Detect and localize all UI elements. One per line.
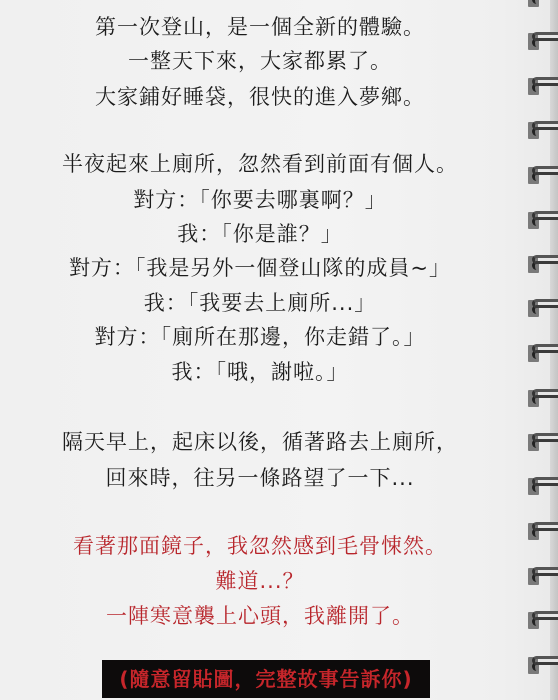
spiral-ring-icon bbox=[524, 388, 558, 408]
spiral-binding bbox=[508, 0, 558, 700]
spiral-ring-icon bbox=[524, 476, 558, 496]
spiral-ring-icon bbox=[524, 343, 558, 363]
story-text-area: 第一次登山，是一個全新的體驗。 一整天下來，大家都累了。 大家鋪好睡袋，很快的進… bbox=[0, 0, 520, 700]
spiral-ring-icon bbox=[524, 0, 558, 8]
story-line-red: 一陣寒意襲上心頭，我離開了。 bbox=[0, 601, 520, 631]
story-line: 隔天早上，起床以後，循著路去上廁所， bbox=[0, 427, 520, 457]
dialogue-line: 我：「哦，謝啦。」 bbox=[0, 357, 520, 387]
spiral-ring-icon bbox=[524, 521, 558, 541]
story-line: 第一次登山，是一個全新的體驗。 bbox=[0, 12, 520, 42]
spiral-ring-icon bbox=[524, 165, 558, 185]
spiral-ring-icon bbox=[524, 298, 558, 318]
dialogue-line: 對方：「你要去哪裏啊？」 bbox=[0, 185, 520, 215]
spiral-ring-icon bbox=[524, 210, 558, 230]
spiral-ring-icon bbox=[524, 76, 558, 96]
notebook-page: 第一次登山，是一個全新的體驗。 一整天下來，大家都累了。 大家鋪好睡袋，很快的進… bbox=[0, 0, 558, 700]
story-line: 半夜起來上廁所，忽然看到前面有個人。 bbox=[0, 149, 520, 179]
story-line: 一整天下來，大家都累了。 bbox=[0, 46, 520, 76]
story-line: 回來時，往另一條路望了一下... bbox=[0, 463, 520, 493]
spiral-ring-icon bbox=[524, 31, 558, 51]
dialogue-line: 我：「我要去上廁所...」 bbox=[0, 288, 520, 318]
story-line-red: 難道...？ bbox=[0, 566, 520, 596]
spiral-ring-icon bbox=[524, 655, 558, 675]
spiral-ring-icon bbox=[524, 566, 558, 586]
dialogue-line: 對方：「廁所在那邊，你走錯了。」 bbox=[0, 322, 520, 352]
spiral-ring-icon bbox=[524, 610, 558, 630]
spiral-ring-icon bbox=[524, 120, 558, 140]
spiral-ring-icon bbox=[524, 254, 558, 274]
story-line-red: 看著那面鏡子，我忽然感到毛骨悚然。 bbox=[0, 531, 520, 561]
story-line: 大家鋪好睡袋，很快的進入夢鄉。 bbox=[0, 82, 520, 112]
dialogue-line: 我：「你是誰？」 bbox=[0, 219, 520, 249]
dialogue-line: 對方：「我是另外一個登山隊的成員~」 bbox=[0, 253, 520, 283]
call-to-action-banner: (隨意留貼圖，完整故事告訴你) bbox=[102, 660, 430, 698]
spiral-ring-icon bbox=[524, 432, 558, 452]
